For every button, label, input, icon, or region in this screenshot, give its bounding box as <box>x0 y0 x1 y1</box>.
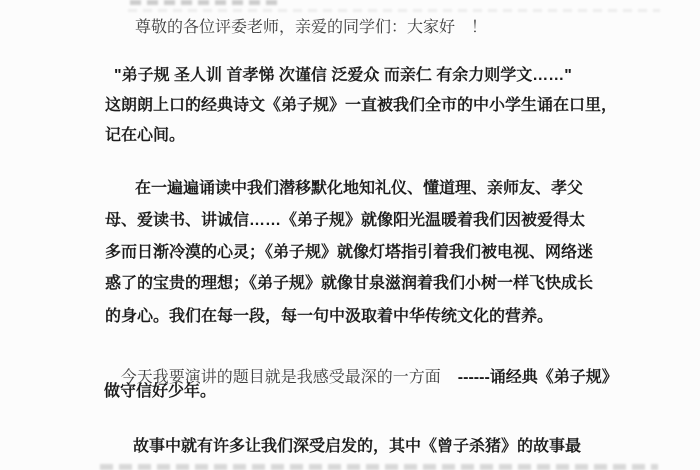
speech-title-text: ------诵经典《弟子规》 <box>458 369 618 386</box>
dizigui-quote-line: "弟子规 圣人训 首孝悌 次谨信 泛爱众 而亲仁 有余力则学文……" <box>114 67 572 85</box>
greeting-line: 尊敬的各位评委老师，亲爱的同学们：大家好 ！ <box>135 19 487 37</box>
paragraph5-line1: 故事中就有许多让我们深受启发的，其中《曾子杀猪》的故事最 <box>133 438 581 456</box>
paragraph3-line2: 母、爱读书、讲诚信……《弟子规》就像阳光温暖着我们因被爱得太 <box>105 212 585 230</box>
paragraph3-line3: 多而日渐冷漠的心灵；《弟子规》就像灯塔指引着我们被电视、网络迷 <box>105 244 593 262</box>
paragraph3-line4: 惑了的宝贵的理想；《弟子规》就像甘泉滋润着我们小树一样飞快成长 <box>105 275 593 293</box>
paragraph3-line1: 在一遍遍诵读中我们潜移默化地知礼仪、懂道理、亲师友、孝父 <box>135 180 583 198</box>
document-page: 尊敬的各位评委老师，亲爱的同学们：大家好 ！ "弟子规 圣人训 首孝悌 次谨信 … <box>0 0 700 470</box>
cropped-text-line-top <box>130 0 282 5</box>
paragraph2-line2: 记在心间。 <box>105 127 185 145</box>
speech-title-line2: 做守信好少年。 <box>104 383 216 401</box>
paragraph3-line5: 的身心。我们在每一段，每一句中汲取着中华传统文化的营养。 <box>105 308 553 326</box>
cropped-text-trace-top <box>128 9 660 12</box>
paragraph2-line1: 这朗朗上口的经典诗文《弟子规》一直被我们全市的中小学生诵在口里， <box>105 97 617 115</box>
cropped-text-line-bottom <box>100 464 658 470</box>
